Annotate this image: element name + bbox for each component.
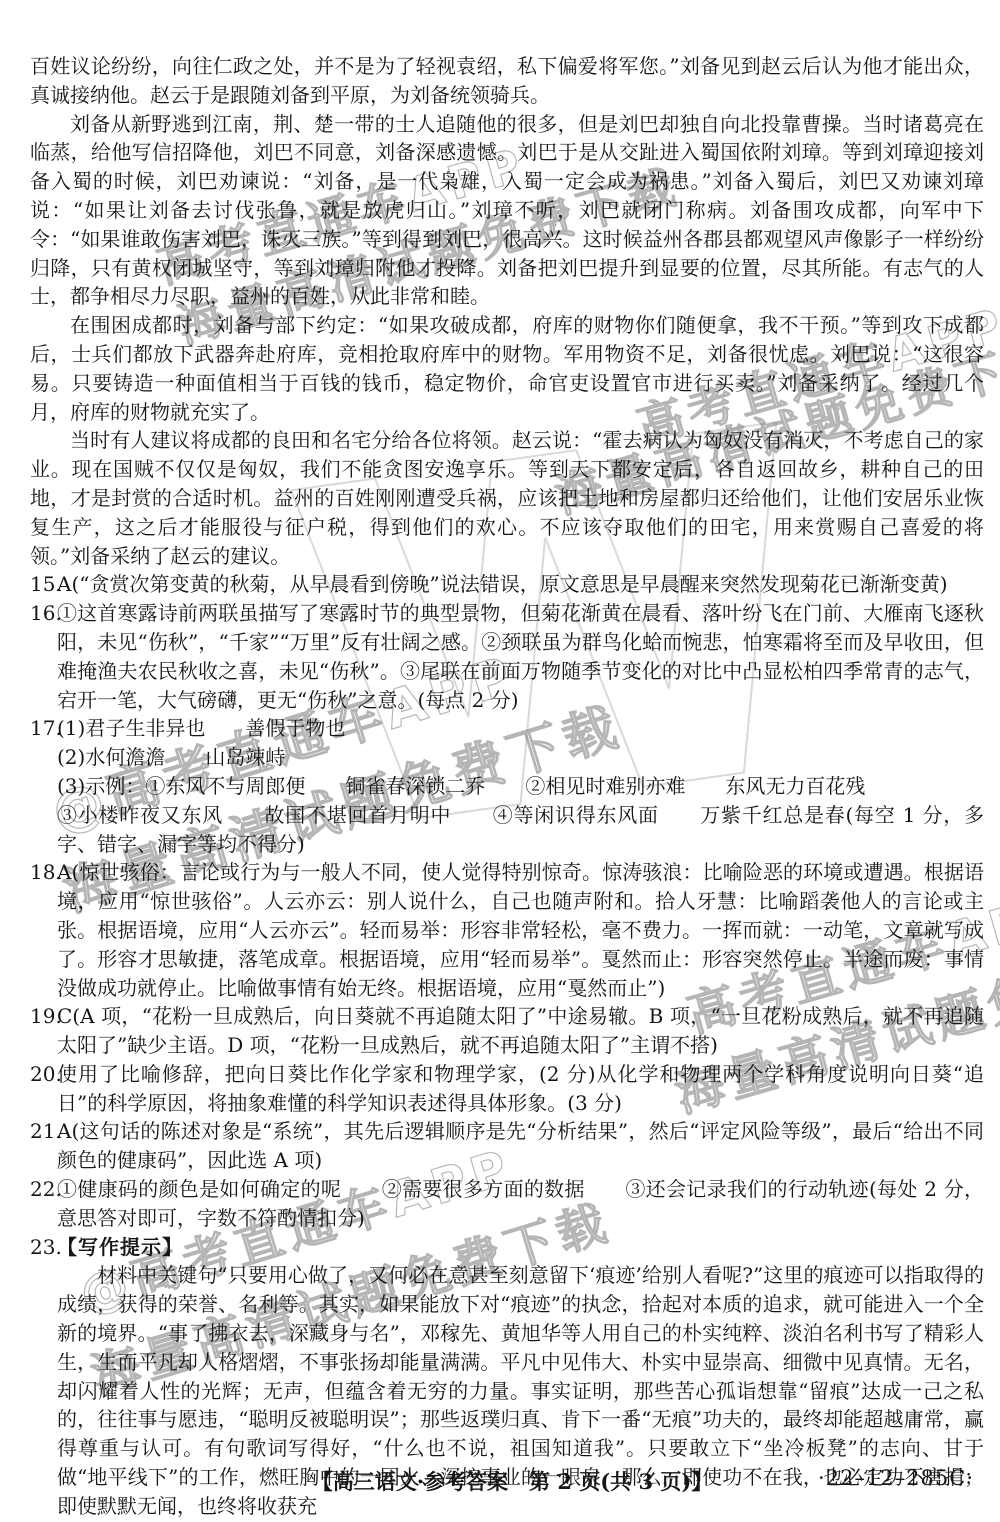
answer-content: 百姓议论纷纷，向往仁政之处，并不是为了轻视袁绍，私下偏爱将军您。”刘备见到赵云后… [0, 0, 1000, 1521]
answer-number: 15. [30, 570, 62, 599]
answer-item-19: 19. C(A 项，“花粉一旦成熟后，向日葵就不再追随太阳了”中途易辙。B 项，… [30, 1002, 984, 1060]
answer-item-16: 16. ①这首寒露诗前两联虽描写了寒露时节的典型景物，但菊花渐黄在晨看、落叶纷飞… [30, 599, 984, 714]
answer-line: ③小楼昨夜又东风 故国不堪回首月明中 ④等闲识得东风面 万紫千红总是春(每空 1… [57, 801, 984, 859]
answer-item-17: 17. (1)君子生非异也 善假于物也 (2)水何澹澹 山岛竦峙 (3)示例：①… [30, 714, 984, 858]
answer-number: 19. [30, 1002, 62, 1031]
answer-text: A(惊世骇俗：言论或行为与一般人不同，使人觉得特别惊奇。惊涛骇浪：比喻险恶的环境… [57, 860, 984, 999]
answer-number: 17. [30, 714, 62, 743]
answer-line: (2)水何澹澹 山岛竦峙 [57, 743, 984, 772]
answer-number: 22. [30, 1175, 62, 1204]
translation-paragraph: 刘备从新野逃到江南，荆、楚一带的士人追随他的很多，但是刘巴却独自向北投靠曹操。当… [30, 110, 984, 312]
answer-line: (3)示例：①东风不与周郎便 铜雀春深锁二乔 ②相见时难别亦难 东风无力百花残 [57, 772, 984, 801]
answer-number: 16. [30, 599, 62, 628]
translation-paragraph: 百姓议论纷纷，向往仁政之处，并不是为了轻视袁绍，私下偏爱将军您。”刘备见到赵云后… [30, 52, 984, 110]
page-footer: 【高三语文·参考答案 第 2 页(共 3 页)】 ·22–12–285C· [0, 1466, 1000, 1506]
translation-paragraph: 当时有人建议将成都的良田和名宅分给各位将领。赵云说：“霍去病认为匈奴没有消灭，不… [30, 426, 984, 570]
answer-number: 21. [30, 1117, 62, 1146]
answer-item-21: 21. A(这句话的陈述对象是“系统”，其先后逻辑顺序是先“分析结果”，然后“评… [30, 1117, 984, 1175]
answer-text: ①健康码的颜色是如何确定的呢 ②需要很多方面的数据 ③还会记录我们的行动轨迹(每… [57, 1177, 984, 1230]
answer-text: A(这句话的陈述对象是“系统”，其先后逻辑顺序是先“分析结果”，然后“评定风险等… [57, 1119, 984, 1172]
answer-number: 23. [30, 1233, 62, 1262]
footer-exam-code: ·22–12–285C· [818, 1466, 974, 1490]
answer-item-22: 22. ①健康码的颜色是如何确定的呢 ②需要很多方面的数据 ③还会记录我们的行动… [30, 1175, 984, 1233]
answer-number: 18. [30, 858, 62, 887]
answer-item-18: 18. A(惊世骇俗：言论或行为与一般人不同，使人觉得特别惊奇。惊涛骇浪：比喻险… [30, 858, 984, 1002]
answer-number: 20. [30, 1060, 62, 1089]
answer-item-20: 20. 使用了比喻修辞，把向日葵比作化学家和物理学家，(2 分)从化学和物理两个… [30, 1060, 984, 1118]
answer-item-15: 15. A(“贪赏次第变黄的秋菊，从早晨看到傍晚”说法错误，原文意思是早晨醒来突… [30, 570, 984, 599]
answer-text: ①这首寒露诗前两联虽描写了寒露时节的典型景物，但菊花渐黄在晨看、落叶纷飞在门前、… [57, 601, 984, 711]
translation-paragraph: 在围困成都时，刘备与部下约定：“如果攻破成都，府库的财物你们随便拿，我不干预。”… [30, 311, 984, 426]
answer-text: C(A 项，“花粉一旦成熟后，向日葵就不再追随太阳了”中途易辙。B 项，“一旦花… [57, 1004, 984, 1057]
answer-text: 使用了比喻修辞，把向日葵比作化学家和物理学家，(2 分)从化学和物理两个学科角度… [57, 1062, 984, 1115]
footer-title-page-number: 【高三语文·参考答案 第 2 页(共 3 页)】 [312, 1466, 713, 1496]
exam-answer-sheet-page: W 高考直通车APP 海量高清试题免费下载 高考直通车APP 海量高清试题免费下… [0, 0, 1000, 1522]
answer-line: (1)君子生非异也 善假于物也 [57, 714, 984, 743]
answer-text: A(“贪赏次第变黄的秋菊，从早晨看到傍晚”说法错误，原文意思是早晨醒来突然发现菊… [57, 572, 948, 596]
writing-hint-heading: 【写作提示】 [57, 1233, 984, 1262]
